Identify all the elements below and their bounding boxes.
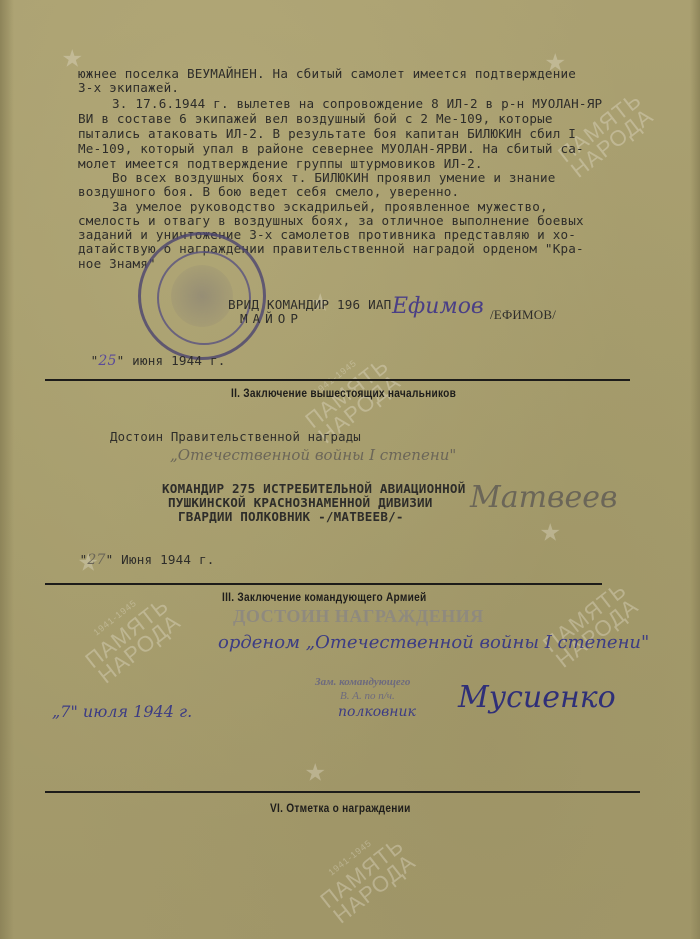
typed-line: заданий и уничтожение 3-х самолетов прот…	[78, 227, 576, 242]
handwritten-signature: Мусиенко	[458, 680, 616, 715]
page-edge-left	[0, 0, 14, 939]
date-line: "25" июня 1944 г.	[75, 338, 226, 369]
signer-title: ПУШКИНСКОЙ КРАСНОЗНАМЕННОЙ ДИВИЗИИ	[168, 495, 433, 510]
signer-title: КОМАНДИР 275 ИСТРЕБИТЕЛЬНОЙ АВИАЦИОННОЙ	[162, 481, 466, 496]
handwritten-signature: Матвеев	[470, 480, 617, 515]
stamped-position: В. А. по п/ч.	[340, 690, 395, 702]
coat-of-arms-icon	[171, 265, 233, 327]
handwritten-day: 27	[87, 552, 105, 568]
typed-line: молет имеется подтверждение группы штурм…	[78, 156, 483, 171]
typed-line: Достоин Правительственной награды	[110, 430, 361, 445]
typed-line: ВИ в составе 6 экипажей вел воздушный бо…	[78, 111, 553, 126]
section-divider	[45, 791, 640, 793]
typed-line: За умелое руководство эскадрильей, прояв…	[112, 199, 548, 214]
handwritten-award: орденом „Отечественной войны I степени"	[218, 632, 649, 653]
signer-rank: МАЙОР	[240, 311, 303, 326]
handwritten-signature: Ефимов	[392, 294, 484, 319]
date-line: "27" Июня 1944 г.	[64, 537, 215, 568]
handwritten-day: 25	[98, 353, 116, 369]
handwritten-award: „Отечественной войны I степени"	[170, 446, 456, 464]
typed-line: воздушного боя. В бою ведет себя смело, …	[78, 184, 459, 199]
page-edge-right	[690, 0, 700, 939]
typed-signer-name: /ЕФИМОВ/	[490, 307, 556, 322]
signer-title: ГВАРДИИ ПОЛКОВНИК -/МАТВЕЕВ/-	[178, 509, 404, 524]
typed-line: пытались атаковать ИЛ-2. В результате бо…	[78, 126, 576, 141]
typed-line: Ме-109, который упал в районе севернее М…	[78, 141, 584, 156]
typed-line: смелость и отвагу в воздушных боях, за о…	[78, 213, 584, 228]
signer-title: ВРИД КОМАНДИР 196 ИАП	[228, 297, 391, 312]
typed-line: 3. 17.6.1944 г. вылетев на сопровождение…	[112, 96, 602, 111]
handwritten-date: „7" июля 1944 г.	[52, 702, 192, 721]
section-title: II. Заключение вышестоящих начальников	[231, 388, 456, 400]
section-divider	[45, 583, 602, 585]
stamped-position: Зам. командующего	[315, 676, 410, 688]
handwritten-rank: полковник	[338, 704, 416, 720]
watermark-star-icon: ★	[305, 750, 325, 790]
section-divider	[45, 379, 630, 381]
section-title: III. Заключение командующего Армией	[222, 592, 426, 604]
watermark-star-icon: ★	[540, 510, 560, 550]
stamped-text: ДОСТОИН НАГРАЖДЕНИЯ	[233, 606, 484, 627]
typed-line: южнее поселка ВЕУМАЙНЕН. На сбитый самол…	[78, 66, 576, 81]
typed-line: Во всех воздушных боях т. БИЛЮКИН прояви…	[112, 170, 556, 185]
section-title: VI. Отметка о награждении	[270, 803, 411, 815]
typed-line: 3-х экипажей.	[78, 80, 179, 95]
